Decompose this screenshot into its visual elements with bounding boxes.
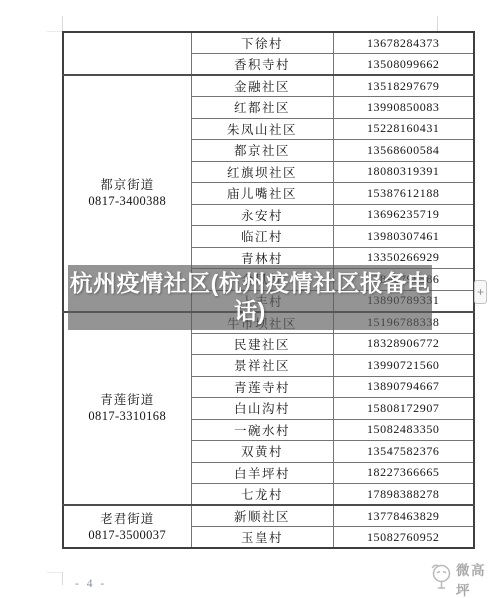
village-cell: 红都社区 xyxy=(191,97,333,119)
phone-cell: 13568600584 xyxy=(333,140,474,162)
phone-cell: 13990850083 xyxy=(333,97,474,119)
village-cell: 香积寺村 xyxy=(191,54,333,76)
village-cell: 红旗坝社区 xyxy=(191,161,333,183)
phone-cell: 18080319391 xyxy=(333,161,474,183)
article-title-overlay: 杭州疫情社区(杭州疫情社区报备电 话) xyxy=(68,265,432,330)
watermark: 微高坪 xyxy=(429,559,500,598)
crop-mark-bottom-left-vertical xyxy=(62,572,63,585)
street-cell xyxy=(63,32,191,75)
plus-icon: + xyxy=(477,285,484,299)
phone-cell: 13508099662 xyxy=(333,54,474,76)
village-cell: 新顺社区 xyxy=(191,505,333,527)
phone-cell: 17898388278 xyxy=(333,484,474,506)
village-cell: 庙儿嘴社区 xyxy=(191,183,333,205)
village-cell: 白羊坪村 xyxy=(191,462,333,484)
sketch-mascot-icon xyxy=(429,563,454,595)
phone-cell: 13890794667 xyxy=(333,376,474,398)
crop-mark-bottom-left-horizontal xyxy=(47,572,62,573)
village-cell: 七龙村 xyxy=(191,484,333,506)
village-cell: 临江村 xyxy=(191,226,333,248)
village-cell: 玉皇村 xyxy=(191,527,333,549)
article-title-line1: 杭州疫情社区(杭州疫情社区报备电 xyxy=(70,270,431,298)
street-phone: 0817-3400388 xyxy=(64,193,191,209)
village-cell: 双黄村 xyxy=(191,441,333,463)
street-name: 老君街道 xyxy=(64,511,191,527)
street-cell: 老君街道0817-3500037 xyxy=(63,505,191,548)
page-number: - 4 - xyxy=(75,578,107,590)
village-cell: 朱凤山社区 xyxy=(191,118,333,140)
village-cell: 景祥社区 xyxy=(191,355,333,377)
phone-cell: 13518297679 xyxy=(333,75,474,97)
street-cell: 青莲街道0817-3310168 xyxy=(63,312,191,506)
village-cell: 永安村 xyxy=(191,204,333,226)
phone-cell: 13678284373 xyxy=(333,32,474,54)
phone-cell: 13990721560 xyxy=(333,355,474,377)
expand-button[interactable]: + xyxy=(474,280,487,304)
crop-mark-top-left-horizontal xyxy=(47,31,62,32)
phone-cell: 13696235719 xyxy=(333,204,474,226)
village-cell: 都京社区 xyxy=(191,140,333,162)
table-row: 都京街道0817-3400388金融社区13518297679 xyxy=(63,75,474,97)
street-name: 青莲街道 xyxy=(64,392,191,408)
phone-cell: 18227366665 xyxy=(333,462,474,484)
phone-cell: 13980307461 xyxy=(333,226,474,248)
table-row: 下徐村13678284373 xyxy=(63,32,474,54)
phone-cell: 13778463829 xyxy=(333,505,474,527)
village-cell: 民建社区 xyxy=(191,333,333,355)
phone-cell: 15228160431 xyxy=(333,118,474,140)
phone-cell: 18328906772 xyxy=(333,333,474,355)
village-cell: 白山沟村 xyxy=(191,398,333,420)
phone-cell: 15387612188 xyxy=(333,183,474,205)
document-page: 下徐村13678284373香积寺村13508099662都京街道0817-34… xyxy=(0,0,500,598)
village-cell: 下徐村 xyxy=(191,32,333,54)
watermark-text: 微高坪 xyxy=(456,559,500,598)
table-row: 老君街道0817-3500037新顺社区13778463829 xyxy=(63,505,474,527)
phone-cell: 15082760952 xyxy=(333,527,474,549)
phone-cell: 13547582376 xyxy=(333,441,474,463)
village-cell: 一碗水村 xyxy=(191,419,333,441)
village-cell: 金融社区 xyxy=(191,75,333,97)
article-title-line2: 话) xyxy=(234,298,266,326)
phone-cell: 15082483350 xyxy=(333,419,474,441)
village-cell: 青莲寺村 xyxy=(191,376,333,398)
street-phone: 0817-3310168 xyxy=(64,408,191,424)
crop-mark-top-right-vertical xyxy=(437,16,438,31)
street-phone: 0817-3500037 xyxy=(64,527,191,543)
crop-mark-top-left-vertical xyxy=(62,16,63,31)
street-name: 都京街道 xyxy=(64,177,191,193)
phone-cell: 15808172907 xyxy=(333,398,474,420)
